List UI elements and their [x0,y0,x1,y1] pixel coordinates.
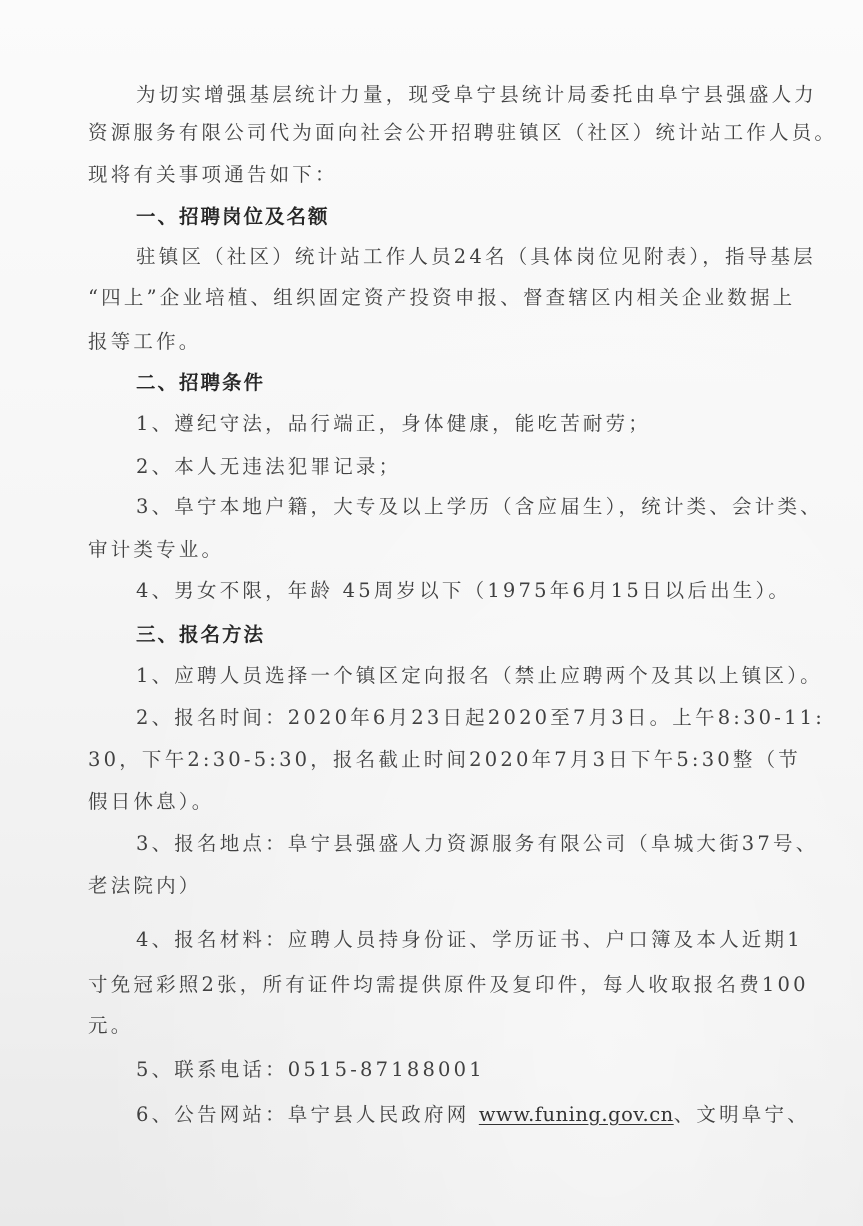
intro-line-1: 为切实增强基层统计力量，现受阜宁县统计局委托由阜宁县强盛人力 [136,81,848,109]
requirement-item-1: 1、遵纪守法，品行端正，身体健康，能吃苦耐劳； [136,410,848,438]
method-item-2-line-2: 30，下午2:30-5:30，报名截止时间2020年7月3日下午5:30整（节 [88,746,800,774]
method-item-4-line-1: 4、报名材料：应聘人员持身份证、学历证书、户口簿及本人近期1 [136,926,848,954]
method-item-3-line-2: 老法院内） [88,872,800,900]
method-item-5-phone: 5、联系电话：0515-87188001 [136,1056,848,1084]
method-item-6-websites: 6、公告网站：阜宁县人民政府网 www.funing.gov.cn、文明阜宁、 [136,1101,848,1129]
method-item-2-line-3: 假日休息）。 [88,788,800,816]
requirement-item-2: 2、本人无违法犯罪记录； [136,453,848,481]
method-item-4-line-2: 寸免冠彩照2张，所有证件均需提供原件及复印件，每人收取报名费100 [88,971,800,999]
section1-line-3: 报等工作。 [88,328,800,356]
intro-line-3: 现将有关事项通告如下： [88,161,800,189]
method-item-2-line-1: 2、报名时间：2020年6月23日起2020至7月3日。上午8:30-11: [136,704,848,732]
requirement-item-3-line-2: 审计类专业。 [88,536,800,564]
intro-line-2: 资源服务有限公司代为面向社会公开招聘驻镇区（社区）统计站工作人员。 [88,119,800,147]
method-item-1: 1、应聘人员选择一个镇区定向报名（禁止应聘两个及其以上镇区）。 [136,662,848,690]
section1-line-1: 驻镇区（社区）统计站工作人员24名（具体岗位见附表），指导基层 [136,243,848,271]
requirement-item-4: 4、男女不限，年龄 45周岁以下（1975年6月15日以后出生）。 [136,577,848,605]
method-item-3-line-1: 3、报名地点：阜宁县强盛人力资源服务有限公司（阜城大街37号、 [136,830,848,858]
requirement-item-3-line-1: 3、阜宁本地户籍，大专及以上学历（含应届生），统计类、会计类、 [136,493,848,521]
section-heading-positions: 一、招聘岗位及名额 [136,203,848,231]
section1-line-2: “四上”企业培植、组织固定资产投资申报、督查辖区内相关企业数据上 [88,284,800,312]
websites-suffix: 、文明阜宁、 [674,1103,810,1126]
method-item-4-line-3: 元。 [88,1012,800,1040]
section-heading-application-method: 三、报名方法 [136,621,848,649]
section-heading-requirements: 二、招聘条件 [136,369,848,397]
funing-gov-link[interactable]: www.funing.gov.cn [479,1103,674,1126]
websites-prefix: 6、公告网站：阜宁县人民政府网 [136,1103,479,1126]
scanned-document-page: 为切实增强基层统计力量，现受阜宁县统计局委托由阜宁县强盛人力 资源服务有限公司代… [0,0,863,1226]
